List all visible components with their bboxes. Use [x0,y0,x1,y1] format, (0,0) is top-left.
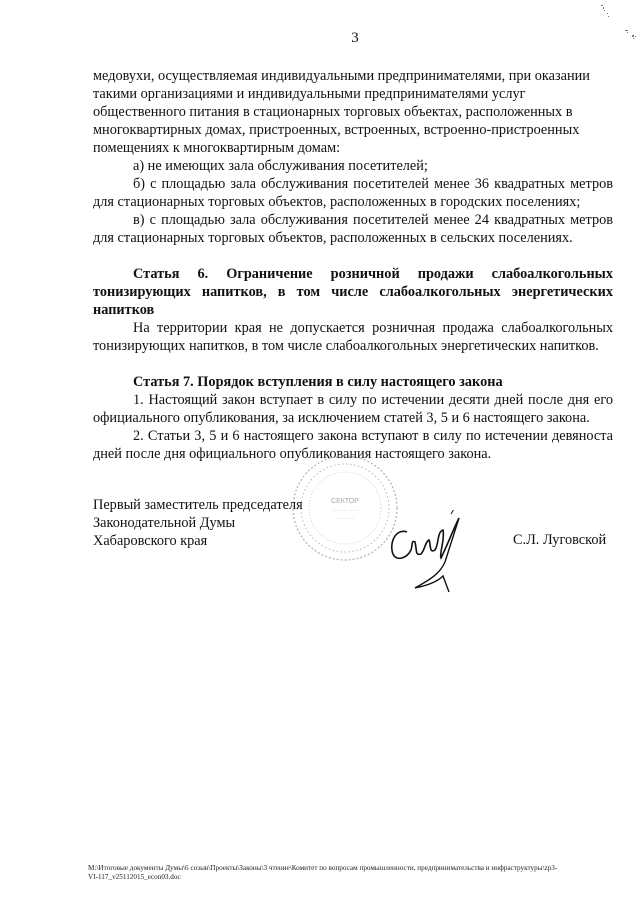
intro-line: помещениях к многоквартирным домам: [93,139,613,157]
intro-line: медовухи, осуществляемая индивидуальными… [93,67,613,85]
signatory-title-line: Хабаровского края [93,532,303,550]
file-path-line: M:\Итоговые документы Думы\6 созыв\Проек… [88,864,628,873]
signatory-name: С.Л. Луговской [513,532,606,549]
article-7-heading: Статья 7. Порядок вступления в силу наст… [93,373,613,391]
file-path-footer: M:\Итоговые документы Думы\6 созыв\Проек… [88,864,628,882]
intro-line: многоквартирных домах, пристроенных, вст… [93,121,613,139]
list-item-c: в) с площадью зала обслуживания посетите… [93,211,613,247]
signatory-title: Первый заместитель председателя Законода… [93,496,303,550]
document-body: медовухи, осуществляемая индивидуальными… [93,67,613,463]
intro-line: такими организациями и индивидуальными п… [93,85,613,103]
article-7-paragraph-1: 1. Настоящий закон вступает в силу по ис… [93,391,613,427]
article-6-text: На территории края не допускается рознич… [93,319,613,355]
svg-text:··· ···· ·····: ··· ···· ····· [331,508,358,514]
file-path-line: VI-117_v25112015_econ03.doc [88,873,628,882]
list-item-a: а) не имеющих зала обслуживания посетите… [93,157,613,175]
list-item-b: б) с площадью зала обслуживания посетите… [93,175,613,211]
page-number: 3 [0,30,640,47]
intro-line: общественного питания в стационарных тор… [93,103,613,121]
svg-text:····· ····: ····· ···· [335,516,355,522]
scan-artifact-icon [600,2,640,42]
handwritten-signature-icon [385,510,475,600]
article-6-heading: Статья 6. Ограничение розничной продажи … [93,265,613,319]
official-seal-icon: СЕКТОР ··· ···· ····· ····· ···· [290,453,400,563]
signatory-title-line: Законодательной Думы [93,514,303,532]
svg-text:СЕКТОР: СЕКТОР [331,498,359,505]
signatory-title-line: Первый заместитель председателя [93,496,303,514]
